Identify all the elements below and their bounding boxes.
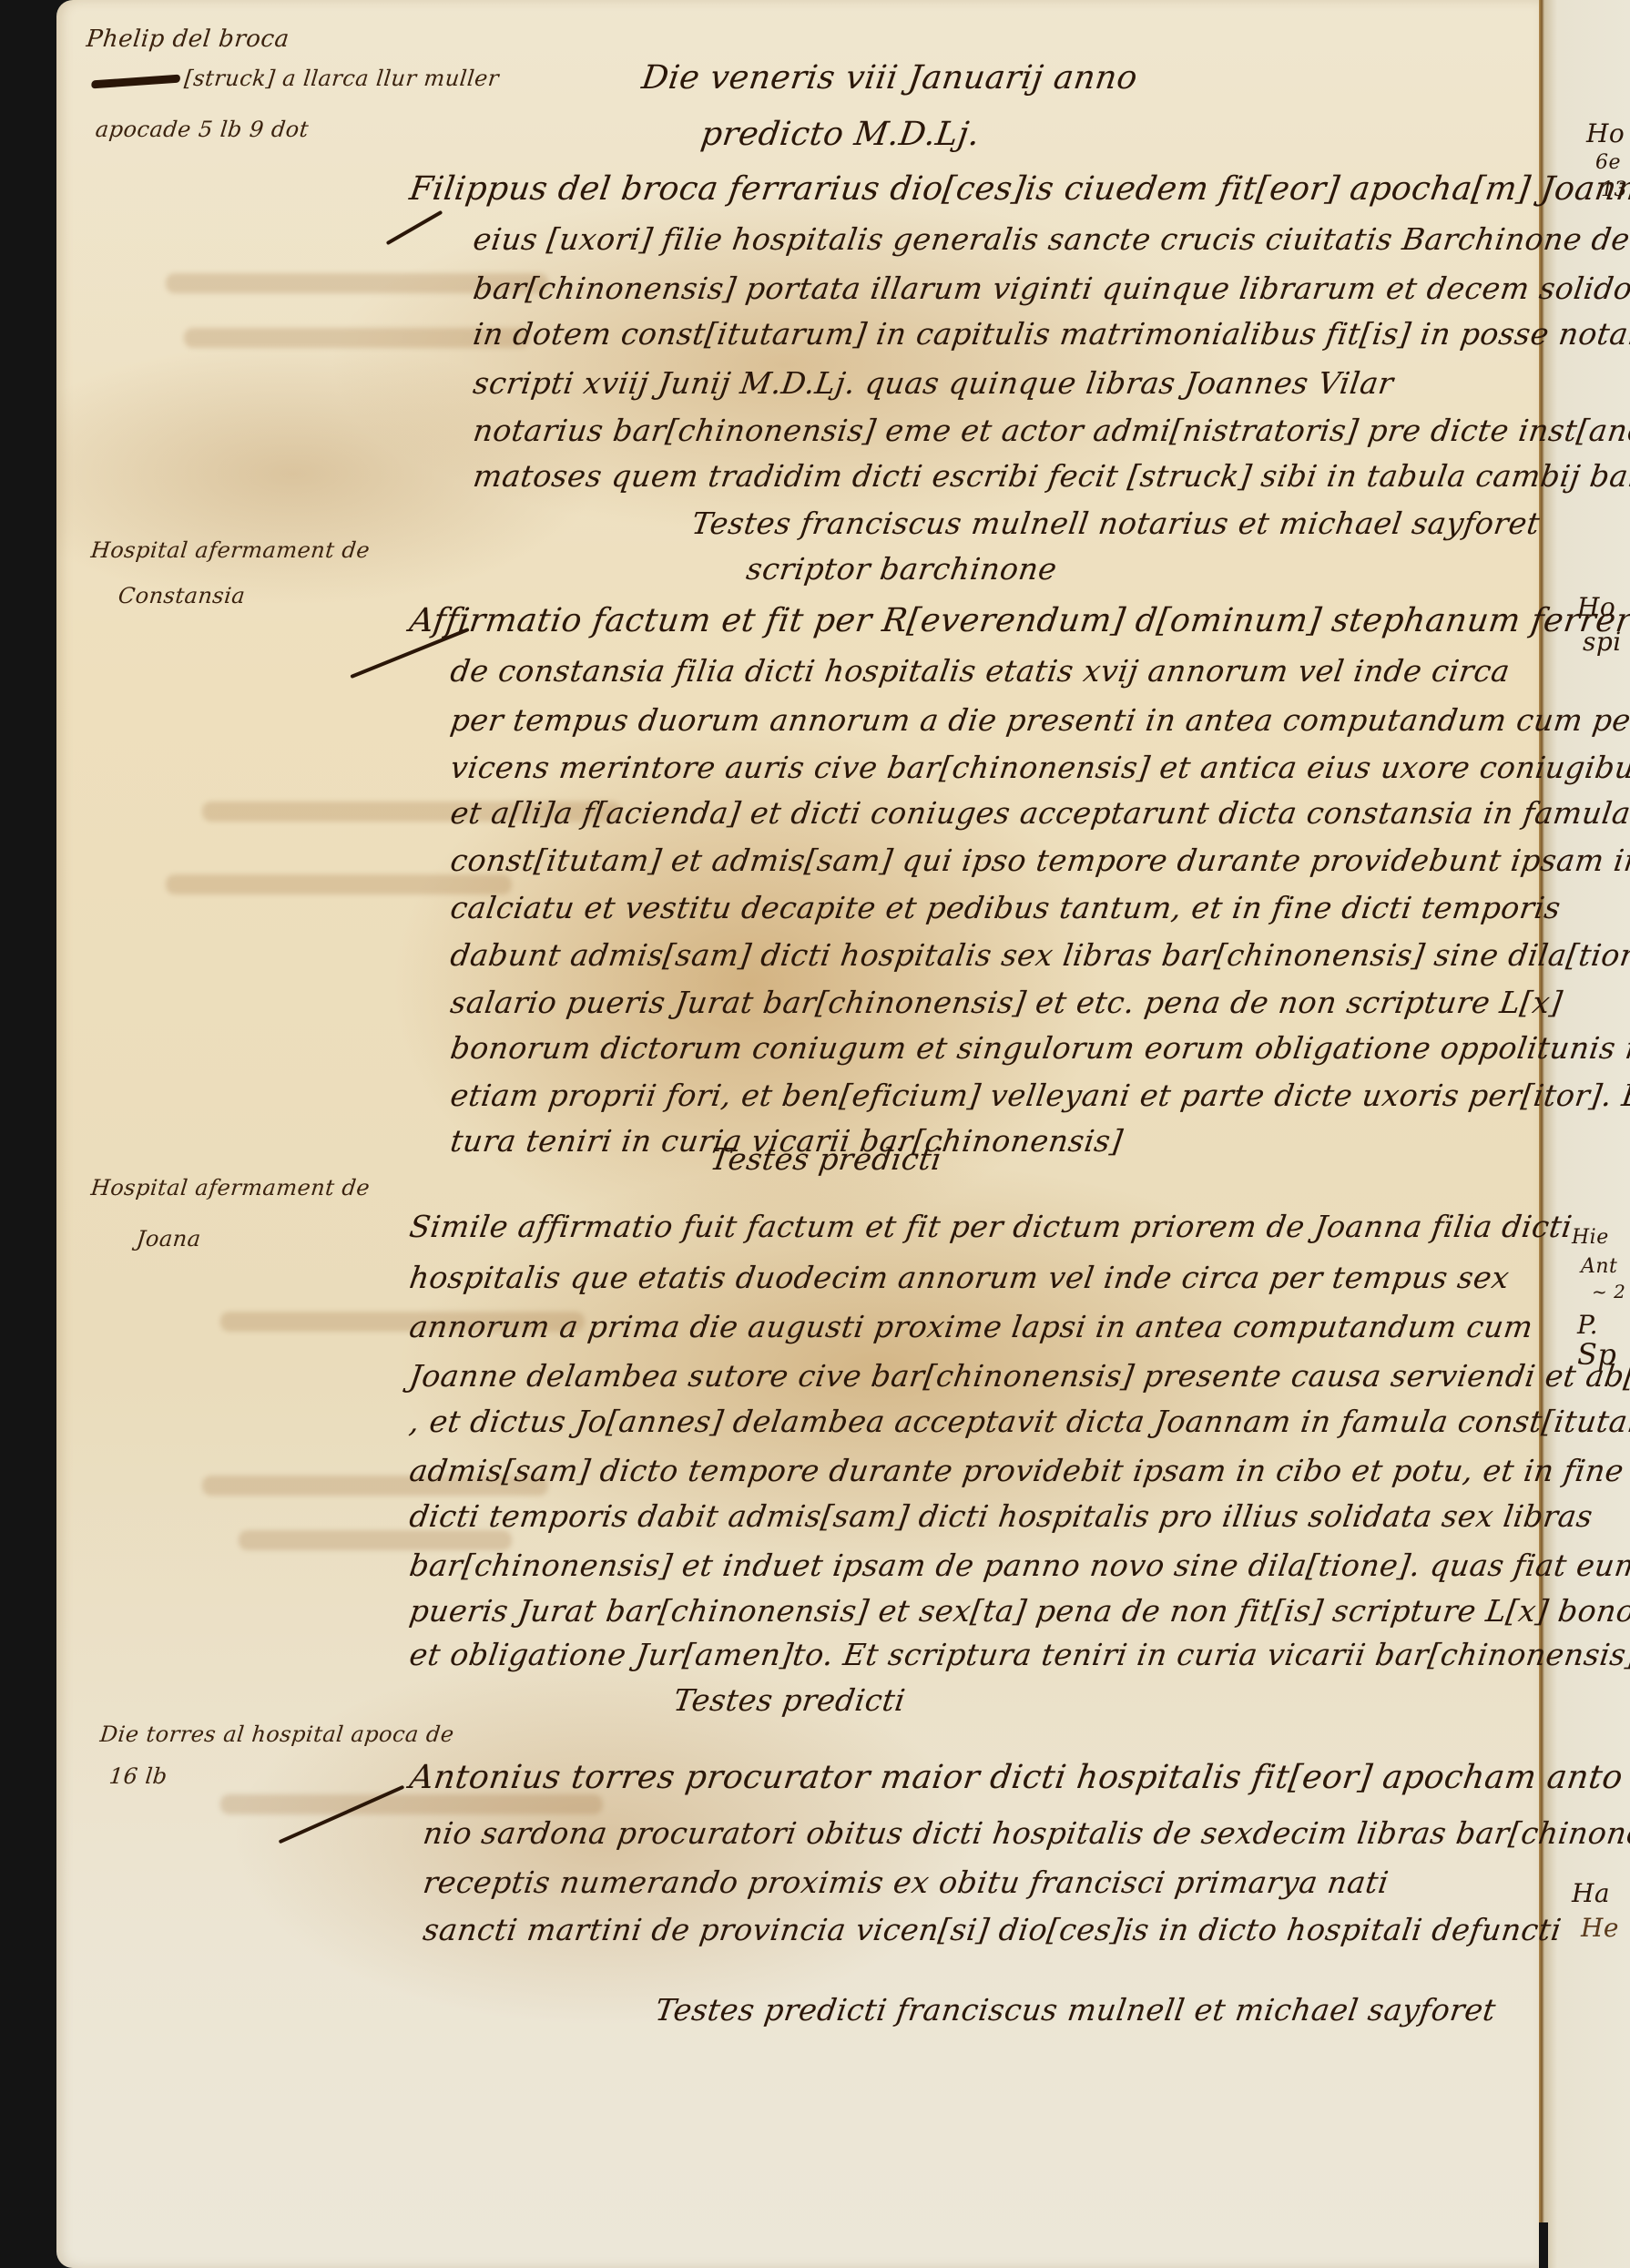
- facing-page-text: ~ 2: [1592, 1281, 1625, 1303]
- entry-line: notarius bar[chinonensis] eme et actor a…: [472, 415, 1630, 445]
- entry-line: et obligatione Jur[amen]to. Et scriptura…: [408, 1640, 1630, 1670]
- facing-page-text: 6e: [1595, 151, 1621, 174]
- entry-line: in dotem const[itutarum] in capitulis ma…: [472, 319, 1630, 349]
- entry-line: salario pueris Jurat bar[chinonensis] et…: [449, 987, 1564, 1017]
- page-edge-shadow: [1539, 2222, 1548, 2268]
- witness-line: Testes predicti: [672, 1685, 908, 1715]
- entry-line: Affirmatio factum et fit per R[everendum…: [407, 605, 1630, 638]
- entry-line: , et dictus Jo[annes] delambea acceptavi…: [408, 1406, 1630, 1436]
- facing-page-text: Ha: [1572, 1878, 1610, 1908]
- margin-note-line: apocade 5 lb 9 dot: [95, 117, 311, 142]
- facing-page-text: spi: [1583, 627, 1622, 657]
- entry-line: const[itutam] et admis[sam] qui ipso tem…: [449, 845, 1630, 875]
- entry-line: eius [uxori] filie hospitalis generalis …: [472, 224, 1630, 254]
- entry-line: vicens merintore auris cive bar[chinonen…: [449, 752, 1630, 782]
- witness-line: Testes predicti franciscus mulnell et mi…: [654, 1995, 1498, 2025]
- entry-line: bar[chinonensis] portata illarum viginti…: [472, 273, 1630, 303]
- entry-line: calciatu et vestitu decapite et pedibus …: [449, 893, 1563, 923]
- entry-line: scripti xviij Junij M.D.Lj. quas quinque…: [472, 368, 1396, 398]
- ink-bleed: [220, 1794, 603, 1814]
- entry-line: nio sardona procuratori obitus dicti hos…: [422, 1818, 1630, 1848]
- entry-line: de constansia filia dicti hospitalis eta…: [449, 656, 1513, 686]
- entry-line: admis[sam] dicto tempore durante provide…: [408, 1456, 1626, 1486]
- entry-line: Filippus del broca ferrarius dio[ces]is …: [407, 173, 1630, 206]
- entry-line: etiam proprii fori, et ben[eficium] vell…: [449, 1080, 1630, 1110]
- struck-word: [95, 66, 178, 91]
- entry-line: bonorum dictorum coniugum et singulorum …: [449, 1033, 1630, 1063]
- margin-note-line: Phelip del broca: [85, 26, 290, 53]
- facing-page-text: Sp: [1577, 1337, 1616, 1372]
- entry-line: per tempus duorum annorum a die presenti…: [449, 705, 1630, 735]
- facing-page-text: Ho: [1586, 118, 1625, 148]
- witness-line: Testes predicti: [708, 1144, 944, 1174]
- margin-note-text: [struck] a llarca llur muller: [183, 66, 500, 91]
- entry-line: bar[chinonensis] et induet ipsam de pann…: [408, 1550, 1630, 1580]
- facing-page-text: He: [1581, 1913, 1619, 1943]
- margin-note-line: Die torres al hospital apoca de: [99, 1721, 456, 1747]
- margin-note-line: Constansia: [117, 583, 247, 608]
- facing-page-text: Hie: [1572, 1226, 1609, 1249]
- facing-page-text: 13: [1601, 179, 1627, 201]
- margin-note-line: Hospital afermament de: [90, 1175, 372, 1200]
- entry-line: annorum a prima die augusti proxime laps…: [408, 1312, 1535, 1342]
- entry-line: Simile affirmatio fuit factum et fit per…: [408, 1211, 1574, 1241]
- entry-line: receptis numerando proximis ex obitu fra…: [422, 1867, 1391, 1897]
- entry-line: hospitalis que etatis duodecim annorum v…: [408, 1262, 1512, 1292]
- margin-note-line: Joana: [136, 1226, 203, 1251]
- entry-line: sancti martini de provincia vicen[si] di…: [422, 1915, 1564, 1945]
- entry-line: Joanne delambea sutore cive bar[chinonen…: [408, 1361, 1630, 1391]
- margin-note-line: [struck] a llarca llur muller: [95, 66, 501, 91]
- facing-page-text: P.: [1577, 1310, 1598, 1340]
- heading-line: predicto M.D.Lj.: [698, 118, 982, 151]
- entry-line: matoses quem tradidim dicti escribi feci…: [472, 461, 1630, 491]
- witness-line: Testes franciscus mulnell notarius et mi…: [690, 508, 1542, 538]
- margin-note-line: 16 lb: [108, 1763, 169, 1789]
- heading-line: Die veneris viii Januarij anno: [639, 62, 1139, 95]
- entry-line: et a[li]a f[acienda] et dicti coniuges a…: [449, 798, 1630, 828]
- entry-line: dicti temporis dabit admis[sam] dicti ho…: [408, 1501, 1595, 1531]
- facing-page-text: Ho: [1577, 592, 1615, 622]
- witness-line: scriptor barchinone: [745, 554, 1059, 584]
- facing-page-text: Ant: [1581, 1255, 1617, 1278]
- entry-line: Antonius torres procurator maior dicti h…: [407, 1762, 1625, 1794]
- margin-note-line: Hospital afermament de: [90, 537, 372, 563]
- entry-line: pueris Jurat bar[chinonensis] et sex[ta]…: [408, 1596, 1630, 1626]
- entry-line: dabunt admis[sam] dicti hospitalis sex l…: [449, 940, 1630, 970]
